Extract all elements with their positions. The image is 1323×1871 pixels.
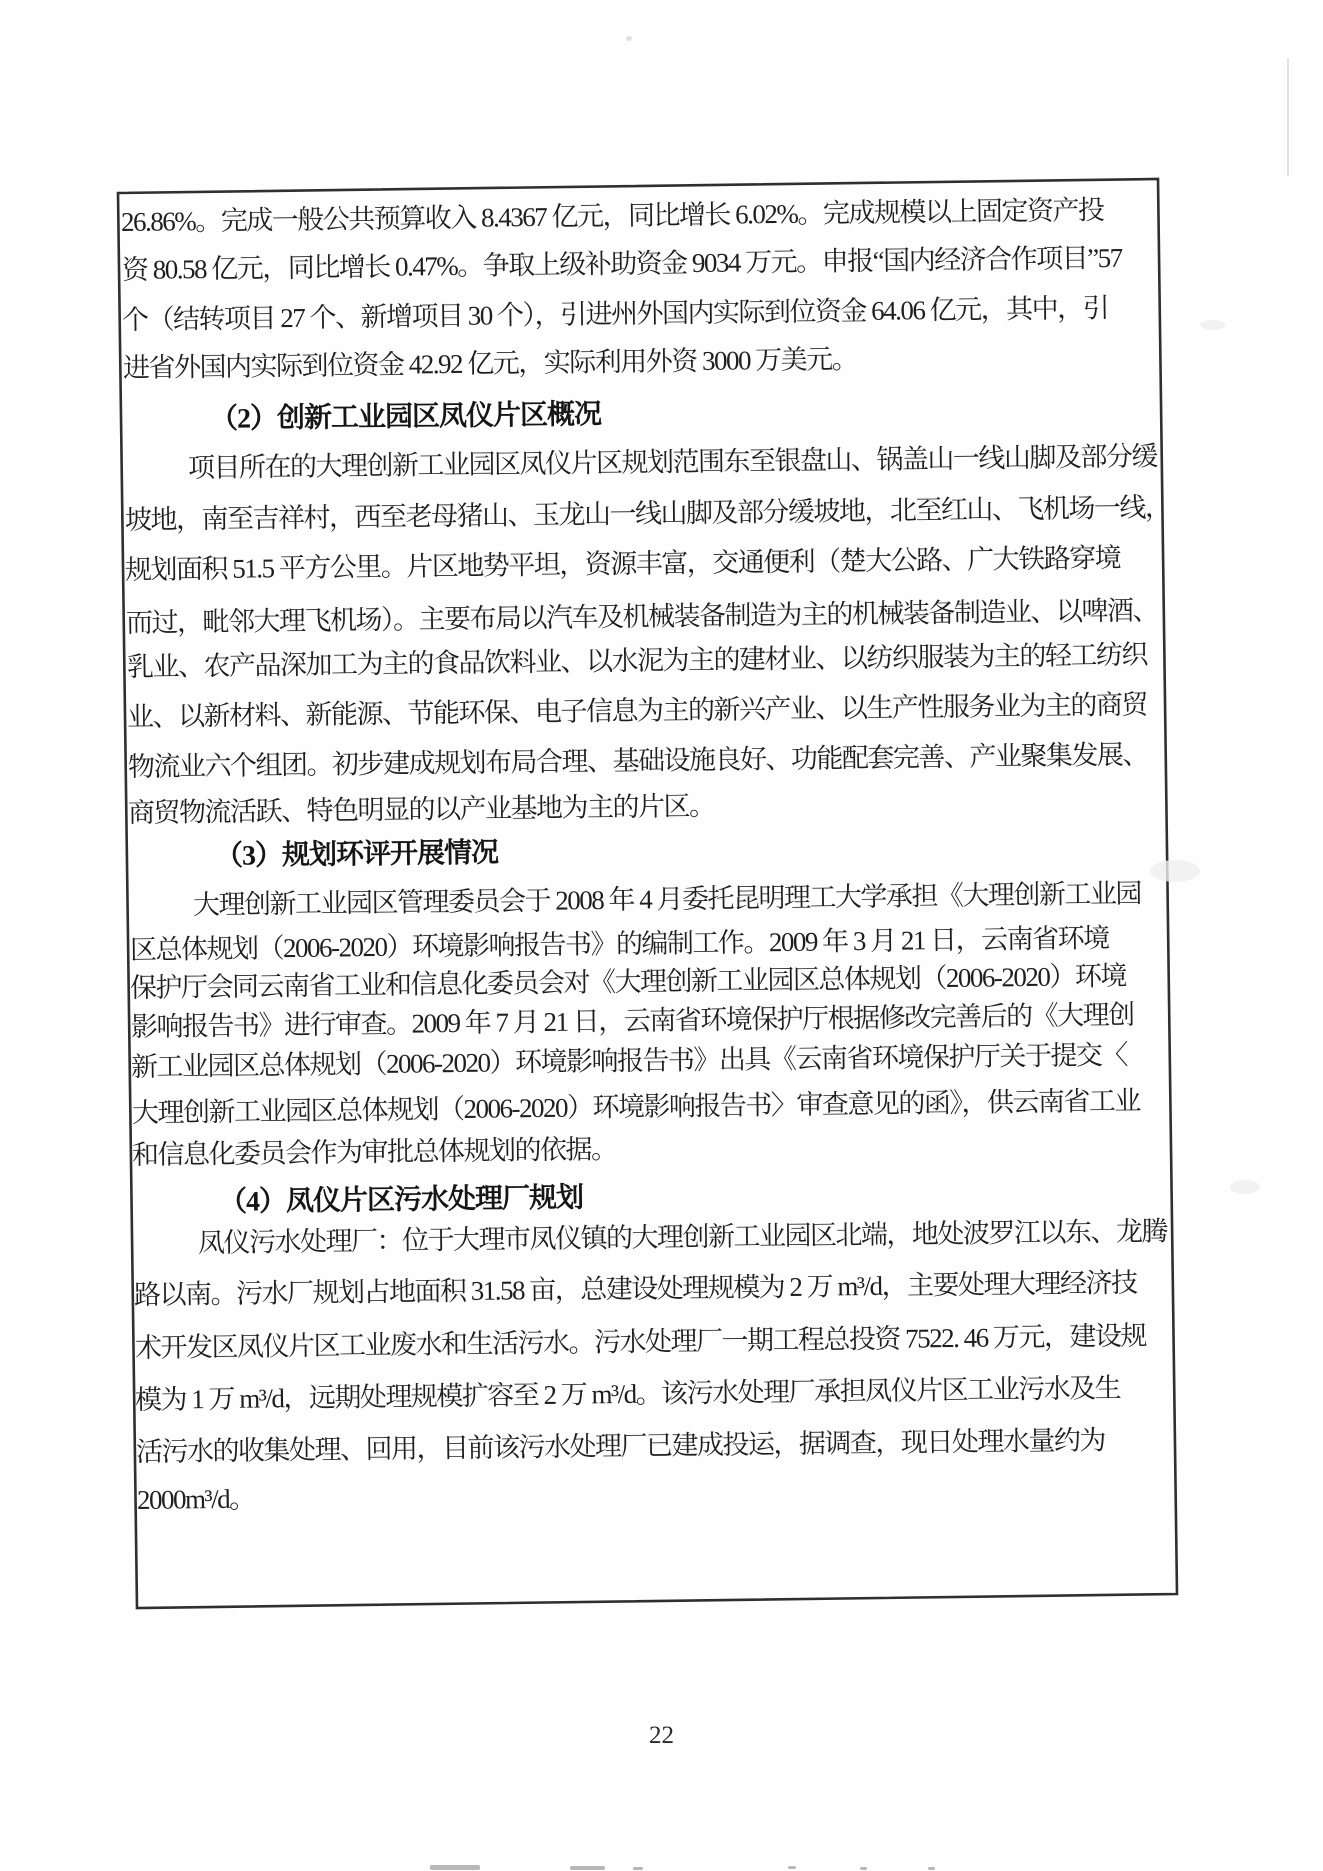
text-line: 而过，毗邻大理飞机场）。主要布局以汽车及机械装备制造为主的机械装备制造业、以啤酒…	[126, 590, 1158, 643]
section-heading: （4）凤仪片区污水处理厂规划	[219, 1179, 583, 1223]
text-line: 大理创新工业园区管理委员会于 2008 年 4 月委托昆明理工大学承担《大理创新…	[193, 873, 1141, 925]
text-line: 活污水的收集处理、回用，目前该污水处理厂已建成投运，据调查，现日处理水量约为	[136, 1420, 1105, 1472]
section-heading: （2）创新工业园区凤仪片区概况	[209, 395, 600, 440]
page-number: 22	[0, 1722, 1323, 1750]
scan-artifact	[1150, 860, 1200, 882]
text-line: 个（结转项目 27 个、新增项目 30 个），引进州外国内实际到位资金 64.0…	[122, 288, 1109, 340]
scan-artifact	[570, 1866, 605, 1870]
text-line: 坡地，南至吉祥村，西至老母猪山、玉龙山一线山脚及部分缓坡地，北至红山、飞机场一线…	[125, 487, 1171, 540]
scan-artifact	[633, 1867, 643, 1870]
text-line: 路以南。污水厂规划占地面积 31.58 亩，总建设处理规模为 2 万 m³/d，…	[134, 1263, 1137, 1315]
text-line: 大理创新工业园区总体规划（2006-2020）环境影响报告书〉审查意见的函》，供…	[132, 1081, 1140, 1133]
text-line: 规划面积 51.5 平方公里。片区地势平坦，资源丰富，交通便利（楚大公路、广大铁…	[125, 538, 1121, 590]
scan-artifact	[626, 36, 632, 41]
text-line: 模为 1 万 m³/d，远期处理规模扩容至 2 万 m³/d。该污水处理厂承担凤…	[135, 1368, 1121, 1420]
text-line: 进省外国内实际到位资金 42.92 亿元，实际利用外资 3000 万美元。	[123, 339, 858, 388]
text-line: 2000m³/d。	[136, 1479, 254, 1520]
text-line: 业、以新材料、新能源、节能环保、电子信息为主的新兴产业、以生产性服务业为主的商贸	[127, 685, 1147, 737]
scan-artifact	[860, 1867, 867, 1870]
scan-artifact	[928, 1867, 935, 1870]
text-line: 物流业六个组团。初步建成规划布局合理、基础设施良好、功能配套完善、产业聚集发展、	[128, 735, 1148, 787]
text-line: 项目所在的大理创新工业园区凤仪片区规划范围东至银盘山、锅盖山一线山脚及部分缓	[188, 436, 1157, 488]
text-line: 术开发区凤仪片区工业废水和生活污水。污水处理厂一期工程总投资 7522. 46 …	[135, 1316, 1146, 1368]
text-line: 资 80.58 亿元，同比增长 0.47%。争取上级补助资金 9034 万元。申…	[122, 238, 1122, 290]
text-line: 乳业、农产品深加工为主的食品饮料业、以水泥为主的建材业、以纺织服装为主的轻工纺织	[126, 635, 1146, 687]
scan-artifact	[430, 1865, 480, 1870]
text-layer: 26.86%。完成一般公共预算收入 8.4367 亿元，同比增长 6.02%。完…	[0, 0, 1323, 1871]
document-page: 26.86%。完成一般公共预算收入 8.4367 亿元，同比增长 6.02%。完…	[0, 0, 1323, 1871]
text-line: 商贸物流活跃、特色明显的以产业基地为主的片区。	[128, 786, 715, 833]
scan-artifact	[1200, 320, 1226, 330]
text-line: 26.86%。完成一般公共预算收入 8.4367 亿元，同比增长 6.02%。完…	[121, 190, 1104, 242]
scan-artifact	[1287, 58, 1289, 176]
scan-artifact	[1230, 1180, 1260, 1194]
section-heading: （3）规划环评开展情况	[215, 834, 498, 877]
text-line: 和信息化委员会作为审批总体规划的依据。	[132, 1129, 617, 1175]
scan-artifact	[788, 1866, 796, 1869]
